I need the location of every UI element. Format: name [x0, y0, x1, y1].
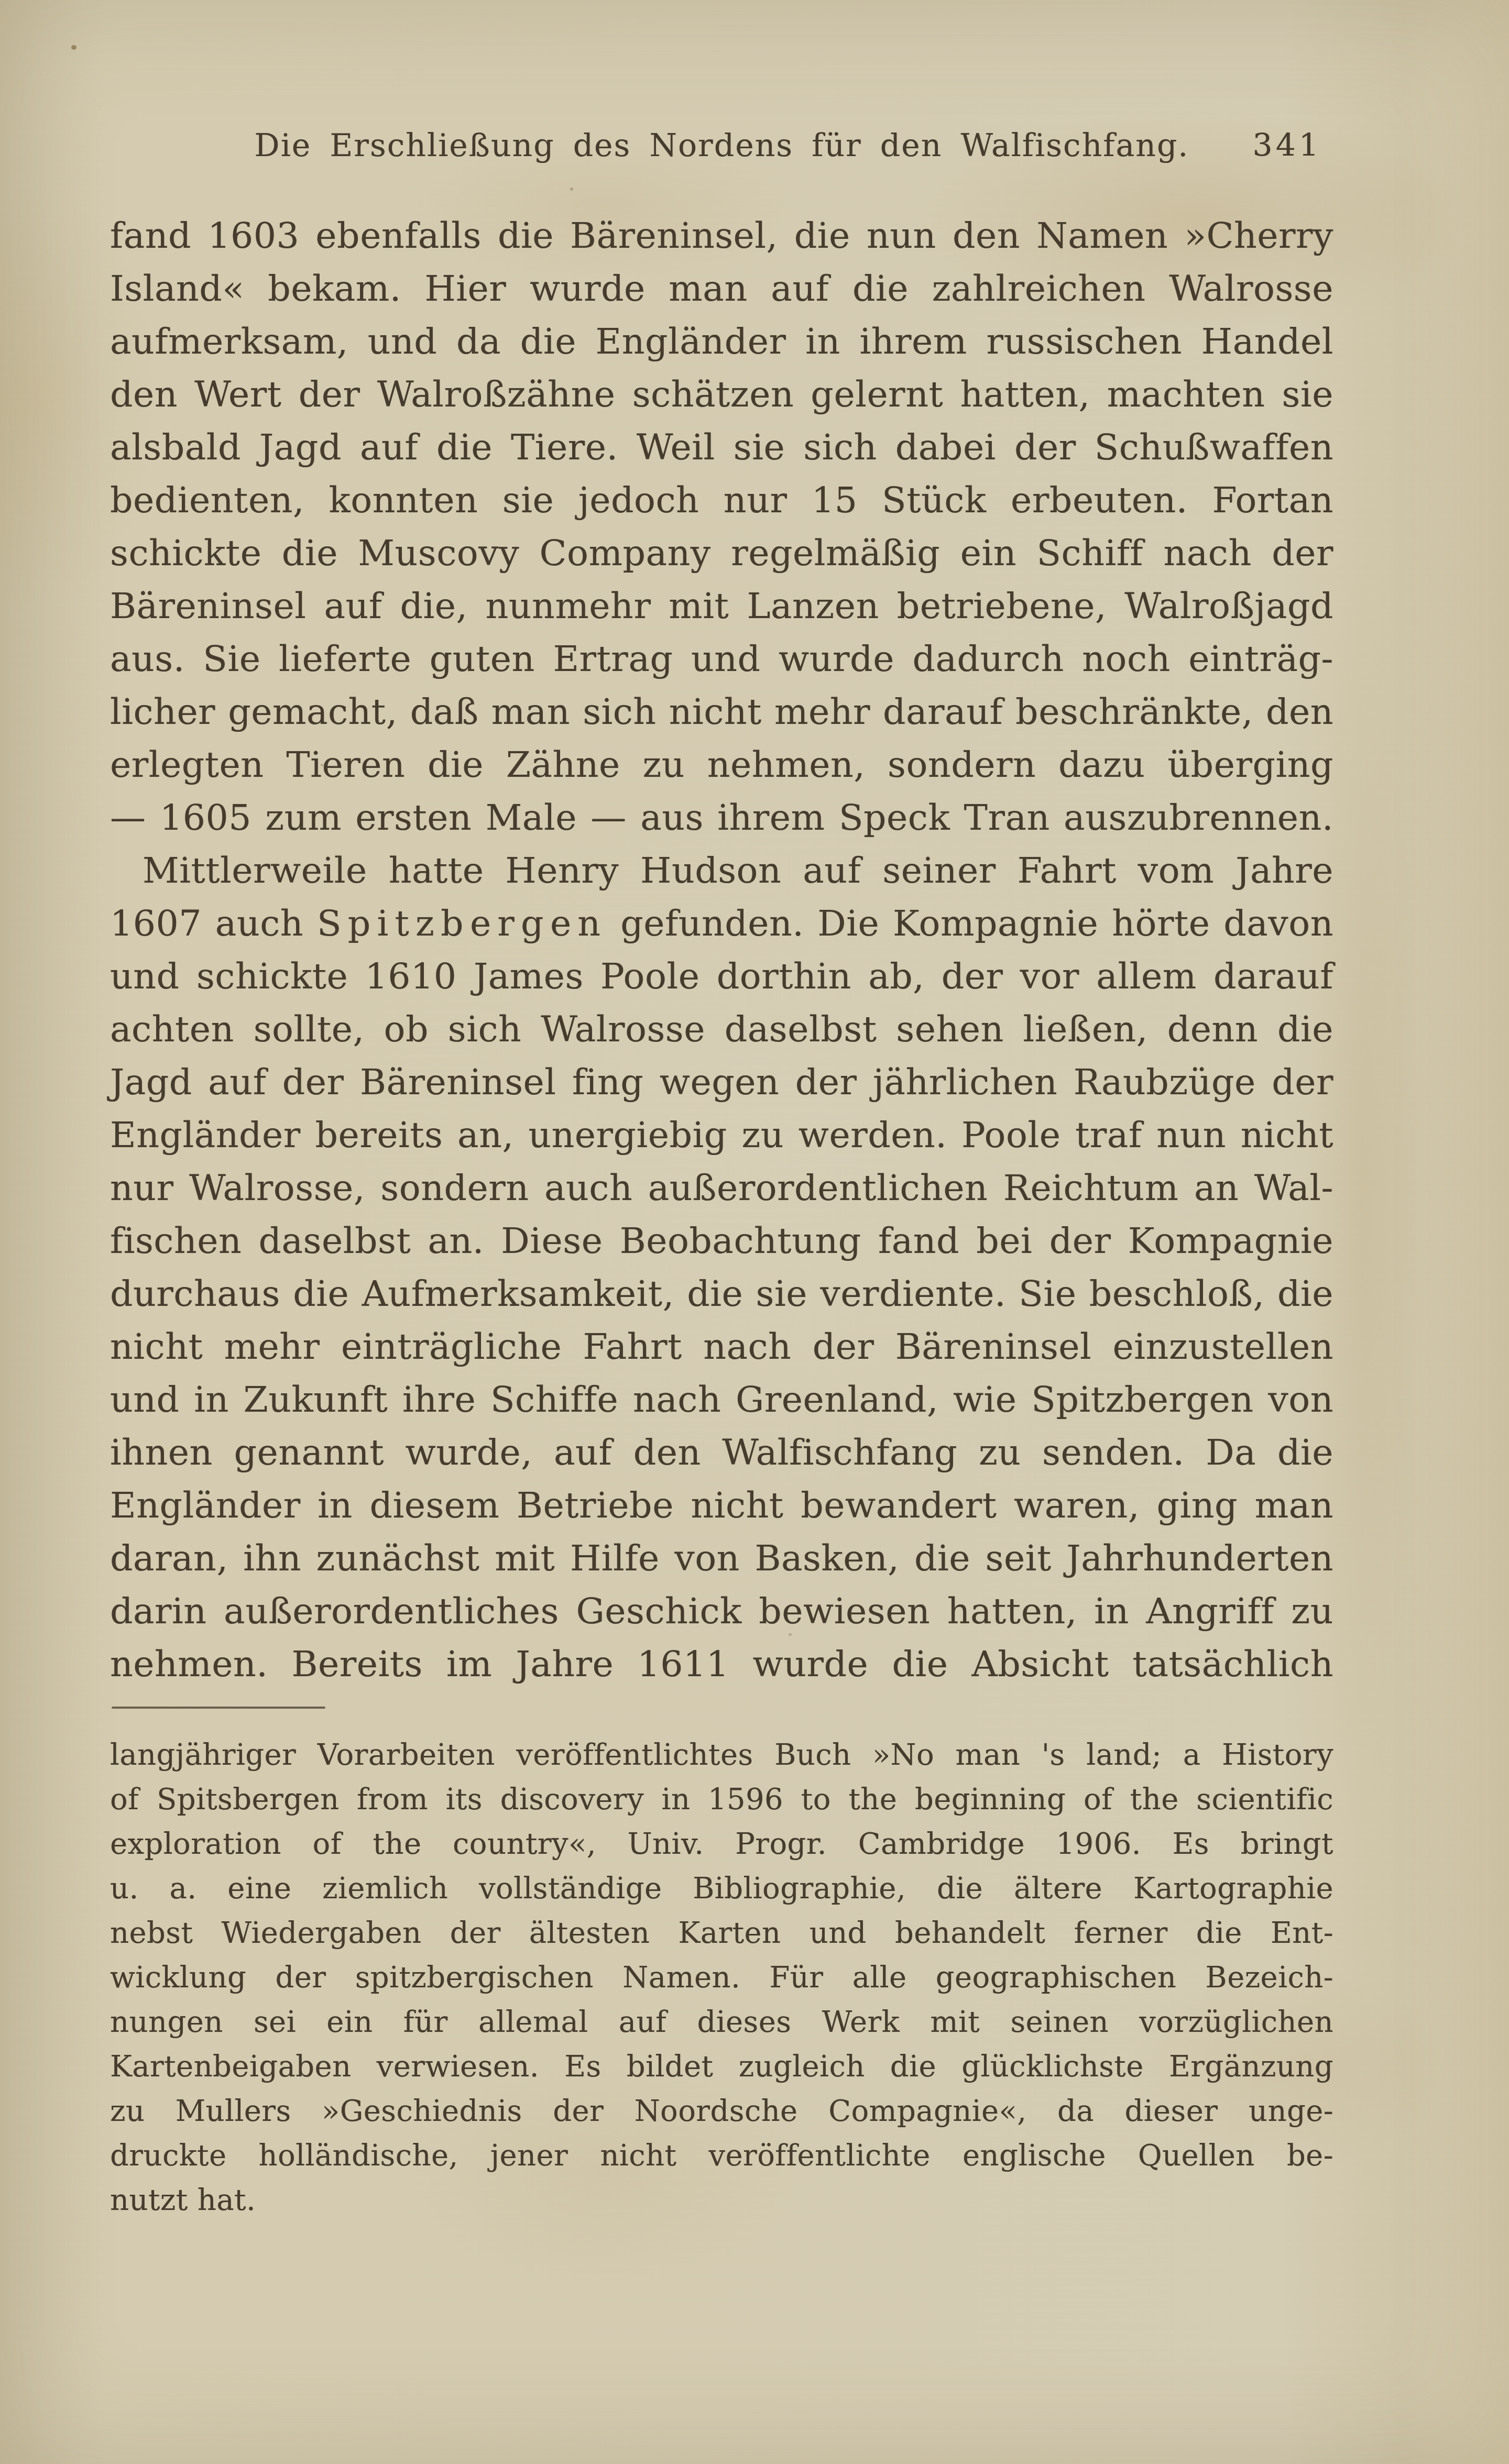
text-line: schickte die Muscovy Company regelmäßig …	[110, 527, 1333, 580]
text-line: exploration of the country«, Univ. Progr…	[110, 1822, 1333, 1866]
text-line: durchaus die Aufmerksamkeit, die sie ver…	[110, 1268, 1333, 1321]
text-line: aus. Sie lieferte guten Ertrag und wurde…	[110, 633, 1333, 686]
text-line: Engländer bereits an, unergiebig zu werd…	[110, 1109, 1333, 1162]
text-line: daran, ihn zunächst mit Hilfe von Basken…	[110, 1532, 1333, 1585]
text-line: achten sollte, ob sich Walrosse daselbst…	[110, 1003, 1333, 1056]
paper-speck	[570, 188, 573, 191]
text-line: und schickte 1610 James Poole dorthin ab…	[110, 950, 1333, 1003]
text-line: druckte holländische, jener nicht veröff…	[110, 2133, 1333, 2178]
text-line: wicklung der spitzbergischen Namen. Für …	[110, 1955, 1333, 2000]
text-line: Bäreninsel auf die, nunmehr mit Lanzen b…	[110, 580, 1333, 633]
text-line: nicht mehr einträgliche Fahrt nach der B…	[110, 1321, 1333, 1373]
text-line: — 1605 zum ersten Male — aus ihrem Speck…	[110, 791, 1333, 844]
text-line: nebst Wiedergaben der ältesten Karten un…	[110, 1911, 1333, 1955]
text-line: licher gemacht, daß man sich nicht mehr …	[110, 686, 1333, 739]
text-line: bedienten, konnten sie jedoch nur 15 Stü…	[110, 474, 1333, 527]
text-line: nehmen. Bereits im Jahre 1611 wurde die …	[110, 1638, 1333, 1691]
paper-speck	[71, 45, 76, 50]
text-line: fischen daselbst an. Diese Beobachtung f…	[110, 1215, 1333, 1268]
text-line: fand 1603 ebenfalls die Bäreninsel, die …	[110, 210, 1333, 262]
page-header: Die Erschließung des Nordens für den Wal…	[110, 125, 1333, 167]
text-line: Engländer in diesem Betriebe nicht bewan…	[110, 1479, 1333, 1532]
text-line: zu Mullers »Geschiednis der Noordsche Co…	[110, 2089, 1333, 2133]
text-line: 1607 auch Spitzbergen gefunden. Die Komp…	[110, 897, 1333, 950]
running-title: Die Erschließung des Nordens für den Wal…	[255, 127, 1189, 164]
footnote-block: langjähriger Vorarbeiten veröffentlichte…	[110, 1733, 1333, 2223]
text-line: aufmerksam, und da die Engländer in ihre…	[110, 315, 1333, 368]
text-line: ihnen genannt wurde, auf den Walfischfan…	[110, 1426, 1333, 1479]
text-line: Island« bekam. Hier wurde man auf die za…	[110, 262, 1333, 315]
text-line: und in Zukunft ihre Schiffe nach Greenla…	[110, 1373, 1333, 1426]
text-line: den Wert der Walroßzähne schätzen gelern…	[110, 368, 1333, 421]
text-line: u. a. eine ziemlich vollständige Bibliog…	[110, 1866, 1333, 1911]
text-line: darin außerordentliches Geschick bewiese…	[110, 1585, 1333, 1638]
text-line: Jagd auf der Bäreninsel fing wegen der j…	[110, 1056, 1333, 1109]
text-line: nutzt hat.	[110, 2178, 1333, 2223]
text-line: nungen sei ein für allemal auf dieses We…	[110, 2000, 1333, 2044]
text-line: erlegten Tieren die Zähne zu nehmen, son…	[110, 739, 1333, 791]
book-page-scan: Die Erschließung des Nordens für den Wal…	[0, 0, 1509, 2464]
page-number: 341	[1252, 125, 1322, 167]
footnote-separator-rule	[112, 1707, 325, 1709]
text-line: nur Walrosse, sondern auch außerordentli…	[110, 1162, 1333, 1215]
text-line: langjähriger Vorarbeiten veröffentlichte…	[110, 1733, 1333, 1777]
text-line: Kartenbeigaben verwiesen. Es bildet zugl…	[110, 2044, 1333, 2089]
text-line: Mittlerweile hatte Henry Hudson auf sein…	[110, 844, 1333, 897]
text-line: alsbald Jagd auf die Tiere. Weil sie sic…	[110, 421, 1333, 474]
text-line: of Spitsbergen from its discovery in 159…	[110, 1777, 1333, 1822]
main-text-block: fand 1603 ebenfalls die Bäreninsel, die …	[110, 210, 1333, 1691]
